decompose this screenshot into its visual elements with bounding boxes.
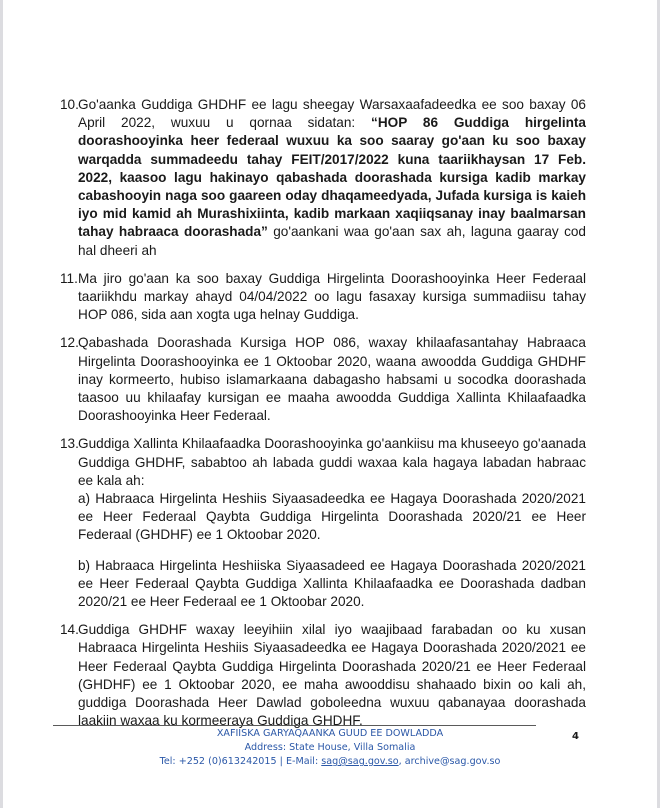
item-number: 13. — [60, 435, 79, 453]
item-number: 11. — [60, 270, 78, 288]
numbered-item-14: 14. Guddiga GHDHF waxay leeyihiin xilal … — [60, 621, 586, 730]
item-paragraph: Guddiga GHDHF waxay leeyihiin xilal iyo … — [78, 621, 586, 730]
sub-item-b: b) Habraaca Hirgelinta Heshiiska Siyaasa… — [78, 557, 586, 612]
numbered-item-11: 11. Ma jiro go'aan ka soo baxay Guddiga … — [60, 270, 586, 325]
page-footer: XAFIISKA GARYAQAANKA GUUD EE DOWLADDA Ad… — [0, 727, 660, 769]
item-paragraph: Go'aanka Guddiga GHDHF ee lagu sheegay W… — [78, 96, 586, 260]
email-link-primary[interactable]: sag@sag.gov.so — [321, 756, 398, 767]
footer-divider — [53, 725, 536, 726]
item-paragraph: Qabashada Doorashada Kursiga HOP 086, wa… — [78, 334, 586, 425]
footer-contact: Tel: +252 (0)613242015 | E-Mail: sag@sag… — [0, 755, 660, 769]
item-text: Ma jiro go'aan ka soo baxay Guddiga Hirg… — [78, 271, 586, 322]
item-number: 10. — [60, 96, 79, 114]
footer-office-name: XAFIISKA GARYAQAANKA GUUD EE DOWLADDA — [0, 727, 660, 741]
item-text: Qabashada Doorashada Kursiga HOP 086, wa… — [78, 335, 586, 423]
sub-item-a: a) Habraaca Hirgelinta Heshiis Siyaasade… — [78, 490, 586, 545]
quoted-decision-text: “HOP 86 Guddiga hirgelinta doorashooyink… — [78, 115, 586, 239]
numbered-item-13: 13. Guddiga Xallinta Khilaafaadka Dooras… — [60, 435, 586, 611]
document-body: 10. Go'aanka Guddiga GHDHF ee lagu sheeg… — [60, 96, 586, 741]
item-paragraph: Guddiga Xallinta Khilaafaadka Doorashooy… — [78, 435, 586, 490]
page-edge-left — [0, 0, 3, 808]
numbered-item-10: 10. Go'aanka Guddiga GHDHF ee lagu sheeg… — [60, 96, 586, 260]
item-text: Guddiga GHDHF waxay leeyihiin xilal iyo … — [78, 622, 586, 728]
footer-address: Address: State House, Villa Somalia — [0, 741, 660, 755]
item-number: 14. — [60, 621, 79, 639]
page-number: 4 — [572, 731, 579, 742]
footer-tel: Tel: +252 (0)613242015 | E-Mail: — [160, 756, 322, 767]
item-number: 12. — [60, 334, 79, 352]
email-archive: archive@sag.gov.so — [405, 756, 501, 767]
numbered-item-12: 12. Qabashada Doorashada Kursiga HOP 086… — [60, 334, 586, 425]
item-text: Guddiga Xallinta Khilaafaadka Doorashooy… — [78, 436, 586, 487]
item-paragraph: Ma jiro go'aan ka soo baxay Guddiga Hirg… — [78, 270, 586, 325]
